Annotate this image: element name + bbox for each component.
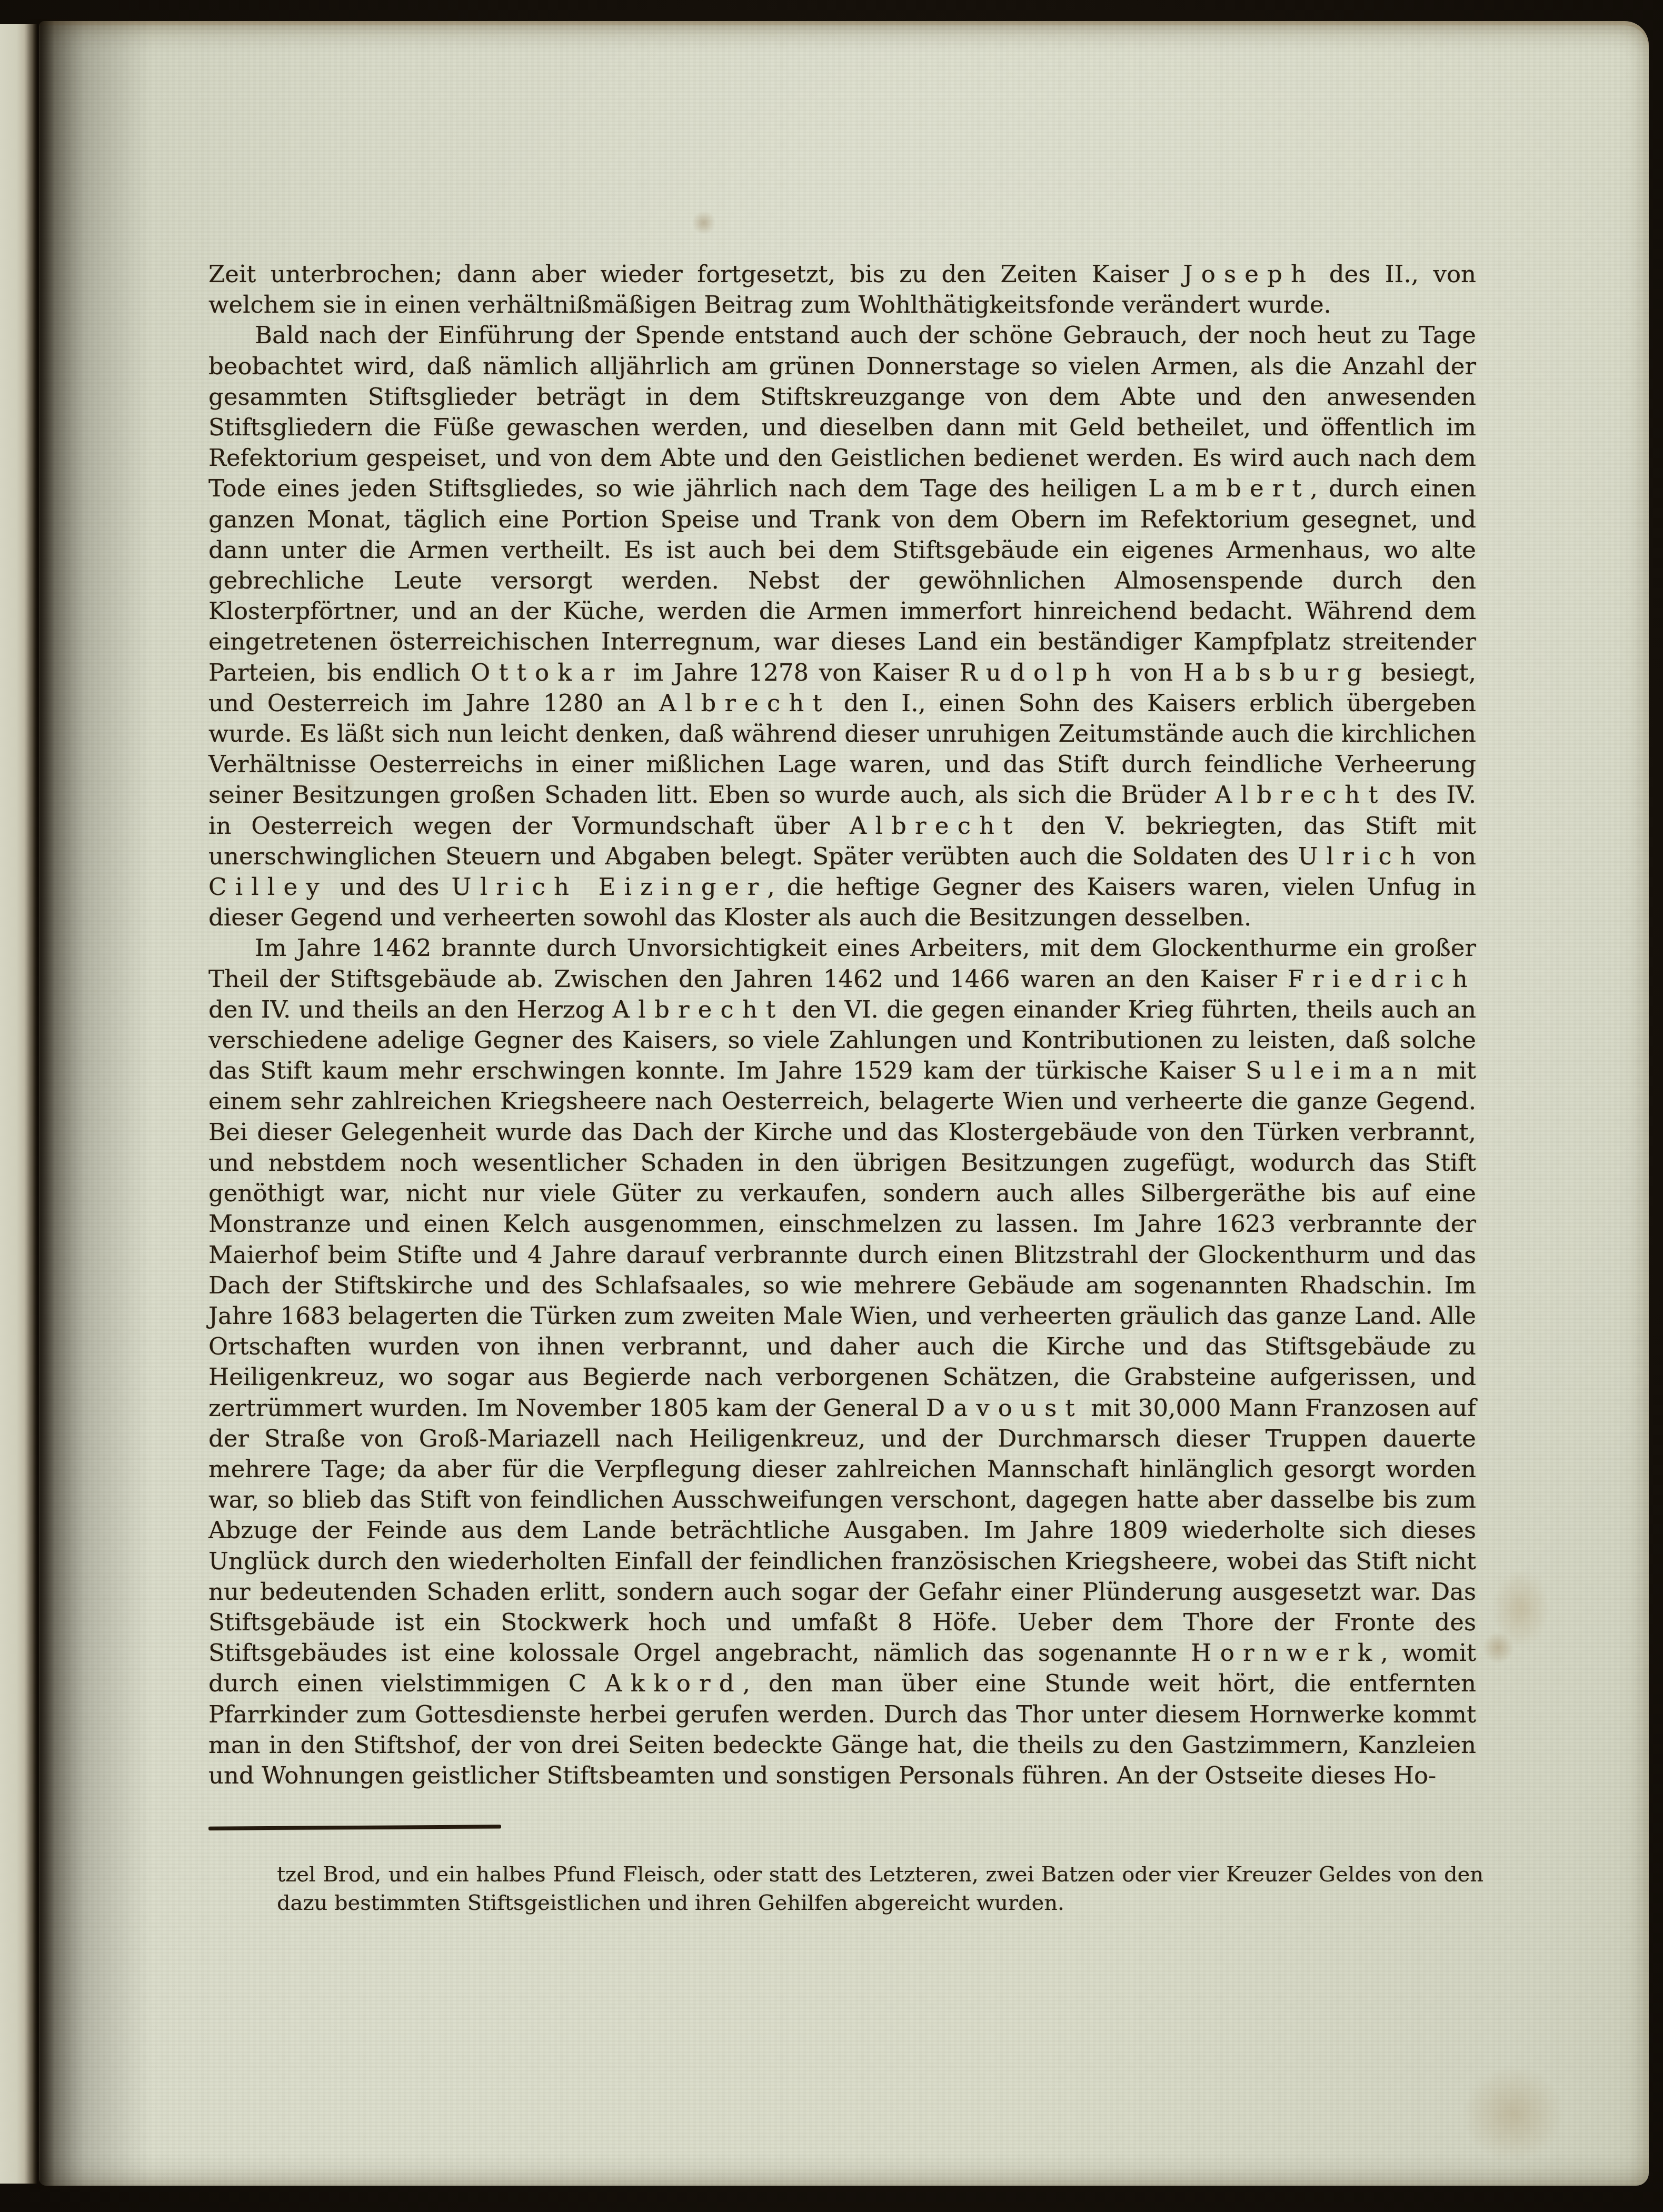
body-paragraph: Bald nach der Einführung der Spende ents… (208, 320, 1476, 933)
letterspaced-proper-name: Ulrich Eizinger (452, 873, 768, 901)
previous-page-edge (0, 24, 37, 2184)
letterspaced-proper-name: Rudolph (960, 659, 1120, 686)
text-run: im Jahre 1278 von Kaiser (623, 659, 960, 686)
letterspaced-proper-name: Albrecht (1215, 781, 1387, 809)
text-run: und des (328, 873, 452, 901)
letterspaced-proper-name: Suleiman (1246, 1057, 1426, 1084)
text-run: Im Jahre 1462 brannte durch Unvorsichtig… (208, 934, 1476, 992)
paper-stain (692, 211, 716, 235)
text-run: mit einem sehr zahlreichen Kriegsheere n… (208, 1057, 1476, 1421)
letterspaced-proper-name: Cilley (208, 873, 328, 901)
footnote: tzel Brod, und ein halbes Pfund Fleisch,… (277, 1860, 1483, 1917)
letterspaced-proper-name: Ulrich (1298, 842, 1424, 870)
paper-stain (1492, 1569, 1550, 1648)
paper-stain (1482, 1632, 1514, 1663)
letterspaced-proper-name: Ottokar (471, 659, 623, 686)
text-block: Zeit unterbrochen; dann aber wieder fort… (208, 259, 1476, 1791)
body-paragraph: Im Jahre 1462 brannte durch Unvorsichtig… (208, 933, 1476, 1791)
text-run: Zeit unterbrochen; dann aber wieder fort… (208, 260, 1183, 288)
scanned-book-photo: { "colors": { "paper": "#d9dbca", "ink":… (0, 0, 1663, 2212)
footnote-text: tzel Brod, und ein halbes Pfund Fleisch,… (277, 1860, 1483, 1917)
text-run: von (1424, 842, 1476, 870)
letterspaced-proper-name: Friedrich (1288, 965, 1476, 993)
letterspaced-proper-name: Albrecht (613, 995, 784, 1023)
body-paragraph: Zeit unterbrochen; dann aber wieder fort… (208, 259, 1476, 320)
letterspaced-proper-name: Davoust (926, 1394, 1083, 1422)
paper-stain (1460, 2064, 1566, 2164)
book-page: Zeit unterbrochen; dann aber wieder fort… (39, 21, 1649, 2186)
letterspaced-proper-name: Albrecht (659, 689, 831, 717)
text-run: , durch einen ganzen Monat, täglich eine… (208, 474, 1476, 686)
letterspaced-proper-name: Lambert (1148, 474, 1310, 502)
footnote-separator-rule (208, 1825, 501, 1830)
letterspaced-proper-name: Habsburg (1183, 659, 1371, 686)
text-run: mit 30,000 Mann Franzosen auf der Straße… (208, 1394, 1476, 1667)
text-run: den IV. und theils an den Herzog (208, 995, 613, 1023)
letterspaced-proper-name: Albrecht (850, 812, 1021, 840)
text-run: von (1120, 659, 1183, 686)
letterspaced-proper-name: Hornwerk (1191, 1639, 1380, 1667)
letterspaced-proper-name: Joseph (1183, 260, 1315, 288)
letterspaced-proper-name: Akkord (605, 1669, 743, 1697)
